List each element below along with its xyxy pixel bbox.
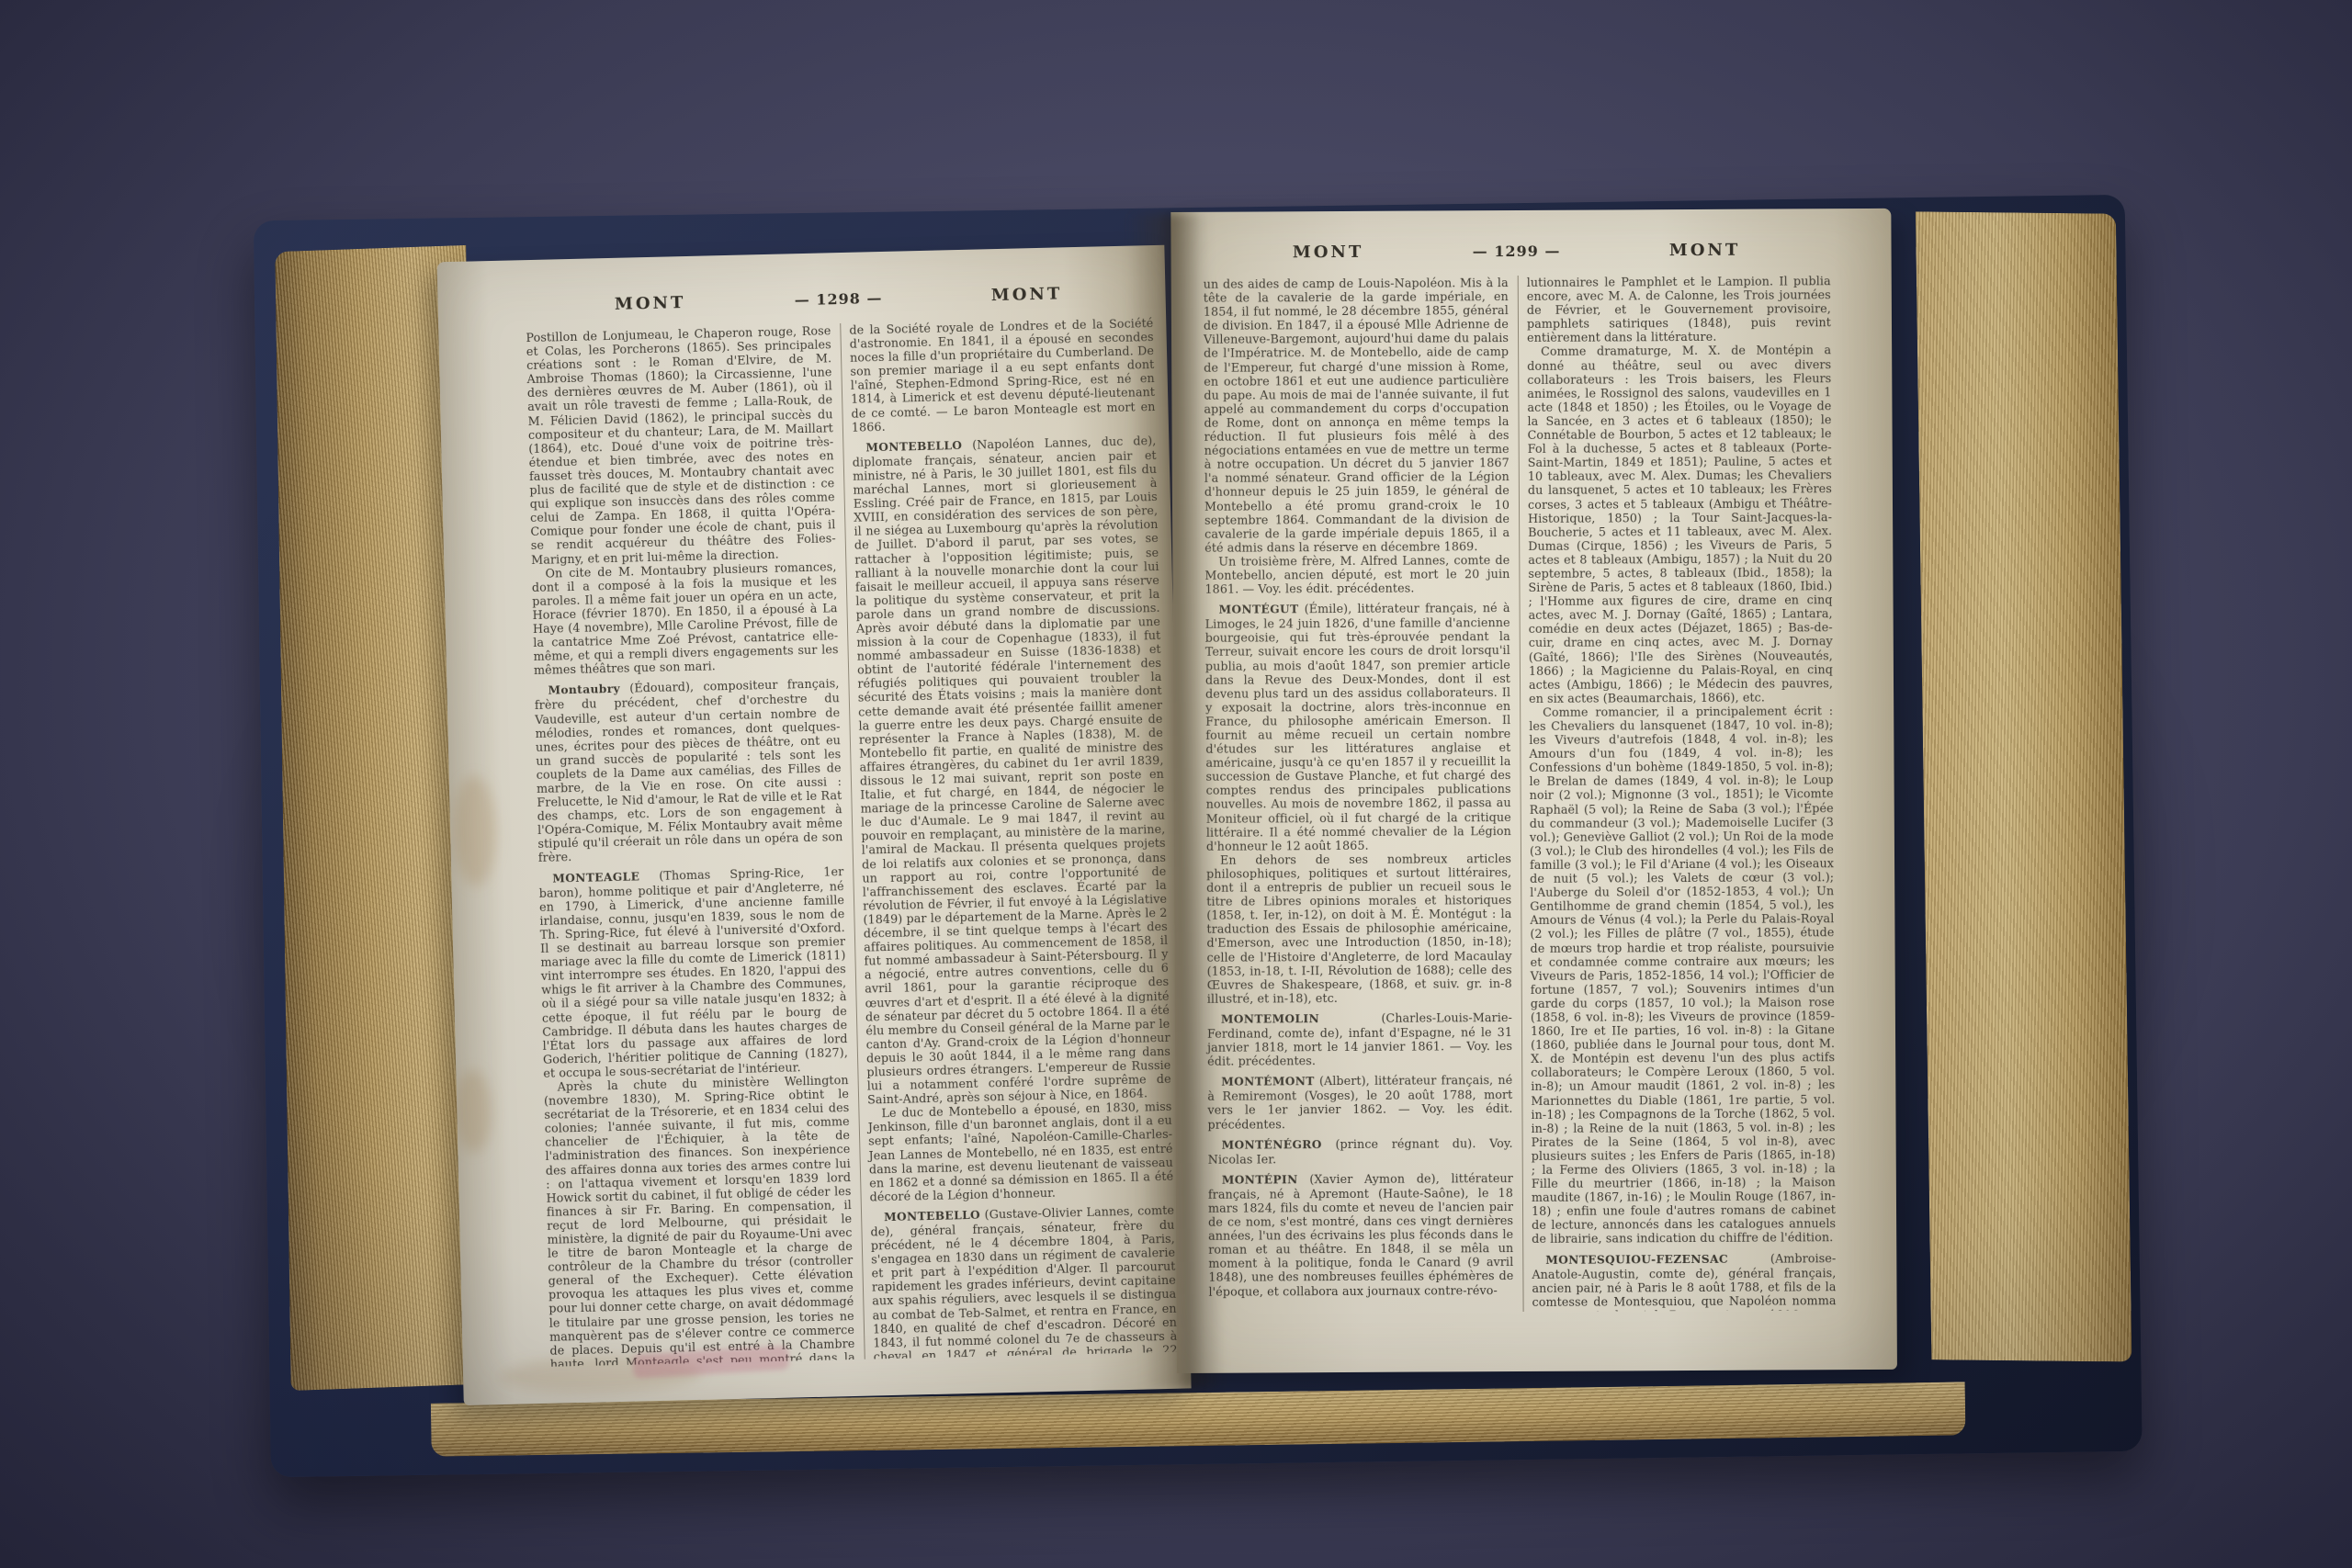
left-page-columns: Postillon de Lonjumeau, le Chaperon roug… <box>517 316 1186 1367</box>
text-column-4: lutionnaires le Pamphlet et le Lampion. … <box>1518 274 1846 1312</box>
entry-paragraph: Après la chute du ministère Wellington (… <box>544 1073 857 1367</box>
right-page-content: MONT — 1299 — MONT un des aides de camp … <box>1170 209 1897 1373</box>
right-page-columns: un des aides de camp de Louis-Napoléon. … <box>1195 274 1846 1314</box>
entry-headword: MONTÉPIN <box>1222 1173 1298 1186</box>
entry-paragraph: lutionnaires le Pamphlet et le Lampion. … <box>1527 274 1831 344</box>
dictionary-entry: MONTEAGLE (Thomas Spring-Rice, 1er baron… <box>538 864 848 1080</box>
photo-background: MONT — 1298 — MONT Postillon de Lonjumea… <box>0 0 2352 1568</box>
entry-headword: MONTESQUIOU-FEZENSAC <box>1545 1252 1728 1266</box>
right-page: MONT — 1299 — MONT un des aides de camp … <box>1170 209 1897 1373</box>
entry-headword: Montaubry <box>548 682 620 697</box>
entry-headword: MONTEBELLO <box>884 1209 980 1224</box>
entry-paragraph: En dehors de ses nombreux articles philo… <box>1206 852 1512 1006</box>
left-page: MONT — 1298 — MONT Postillon de Lonjumea… <box>437 245 1192 1405</box>
running-header-right: MONT — 1299 — MONT <box>1195 240 1838 263</box>
dictionary-entry: MONTÉMONT (Albert), littérateur français… <box>1207 1073 1512 1131</box>
entry-headword: MONTÉNÉGRO <box>1222 1138 1322 1152</box>
page-number-1299: — 1299 — <box>1462 243 1572 261</box>
dictionary-entry: MONTÉPIN (Xavier Aymon de), littérateur … <box>1208 1171 1514 1299</box>
entry-paragraph: On cite de M. Montaubry plusieurs romanc… <box>531 559 839 678</box>
text-column-2: de la Société royale de Londres et de la… <box>840 316 1186 1359</box>
entry-headword: MONTEMOLIN <box>1221 1012 1319 1026</box>
open-book: MONT — 1298 — MONT Postillon de Lonjumea… <box>295 208 2103 1427</box>
entry-paragraph: un des aides de camp de Louis-Napoléon. … <box>1204 276 1510 555</box>
entry-headword: MONTEAGLE <box>552 870 639 885</box>
entry-paragraph: Comme dramaturge, M. X. de Montépin a do… <box>1527 344 1833 705</box>
dictionary-entry: MONTEBELLO (Gustave-Olivier Lannes, comt… <box>870 1203 1179 1367</box>
header-word-left: MONT <box>516 290 783 316</box>
entry-paragraph: Un troisième frère, M. Alfred Lannes, co… <box>1204 553 1510 596</box>
dictionary-entry: MONTESQUIOU-FEZENSAC (Ambroise-Anatole-A… <box>1532 1251 1836 1314</box>
entry-headword: MONTEBELLO <box>865 439 962 454</box>
header-word-left: MONT <box>1195 242 1462 263</box>
dictionary-entry: MONTEMOLIN (Charles-Louis-Marie-Ferdinan… <box>1207 1010 1512 1068</box>
entry-headword: MONTÉGUT <box>1219 603 1299 615</box>
entry-paragraph: Le duc de Montebello a épousé, en 1830, … <box>867 1100 1173 1203</box>
text-column-1: Postillon de Lonjumeau, le Chaperon roug… <box>517 323 864 1367</box>
header-word-right: MONT <box>893 282 1159 308</box>
page-edges-right <box>1916 211 2132 1361</box>
text-column-3: un des aides de camp de Louis-Napoléon. … <box>1195 276 1523 1314</box>
running-header-left: MONT — 1298 — MONT <box>516 282 1159 316</box>
header-word-right: MONT <box>1571 240 1837 261</box>
entry-paragraph: Postillon de Lonjumeau, le Chaperon roug… <box>526 323 836 566</box>
dictionary-entry: Montaubry (Édouard), compositeur françai… <box>534 677 843 865</box>
entry-paragraph: Comme romancier, il a principalement écr… <box>1529 704 1836 1246</box>
left-page-content: MONT — 1298 — MONT Postillon de Lonjumea… <box>437 245 1192 1405</box>
page-number-1298: — 1298 — <box>783 289 893 310</box>
dictionary-entry: MONTÉNÉGRO (prince régnant du). Voy. Nic… <box>1208 1136 1513 1167</box>
entry-paragraph: de la Société royale de Londres et de la… <box>849 316 1156 434</box>
dictionary-entry: MONTEBELLO (Napoléon Lannes, duc de), di… <box>852 434 1171 1107</box>
dictionary-entry: MONTÉGUT (Émile), littérateur français, … <box>1205 601 1511 852</box>
entry-headword: MONTÉMONT <box>1221 1075 1315 1089</box>
